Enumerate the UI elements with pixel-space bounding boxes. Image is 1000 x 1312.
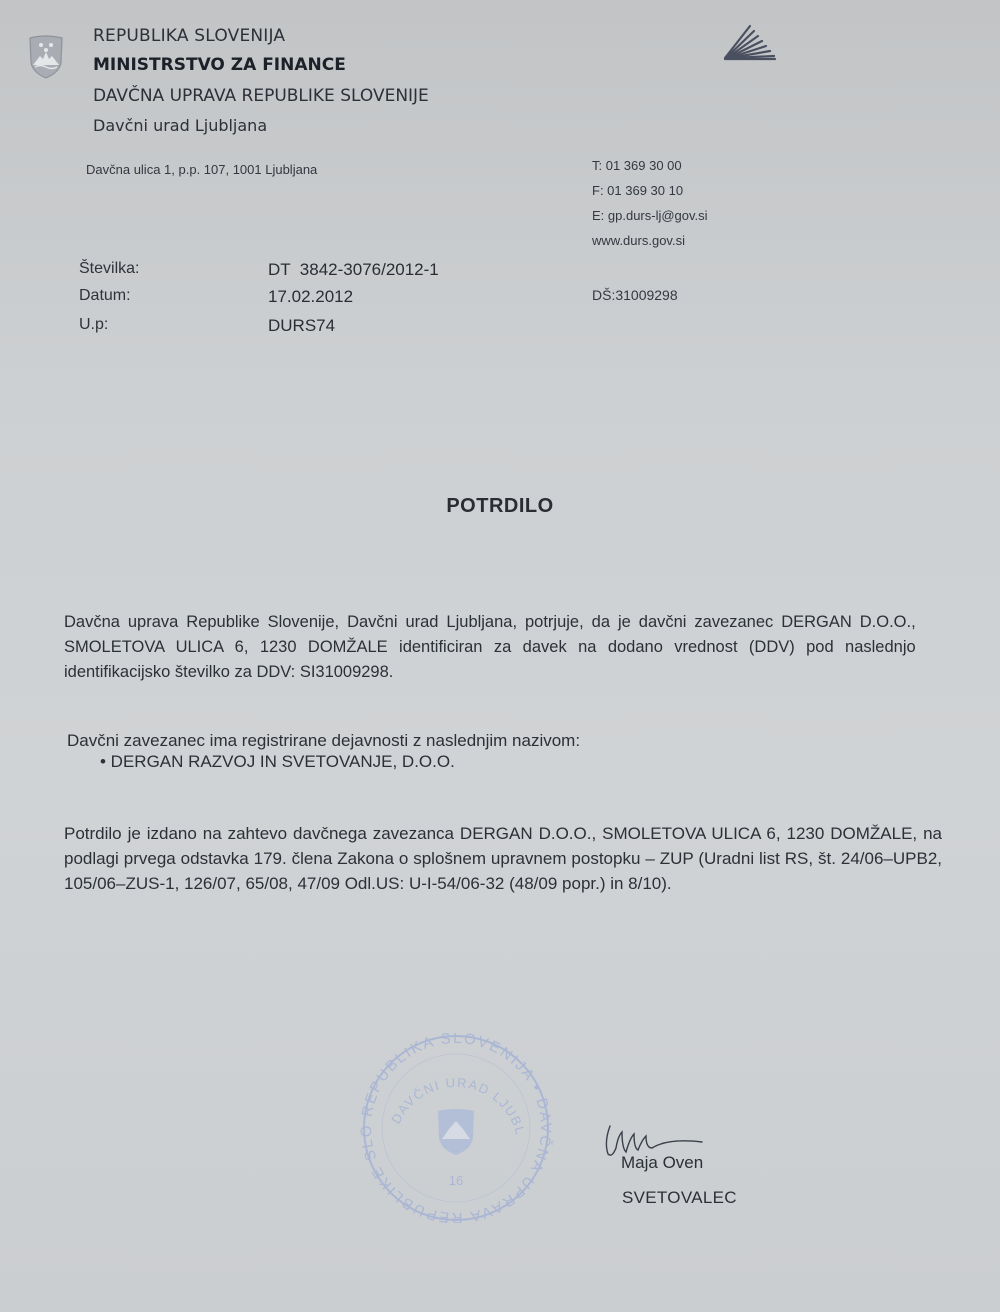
official-label: U.p: <box>79 316 108 334</box>
contact-email: E: gp.durs-lj@gov.si <box>592 208 708 223</box>
svg-text:16: 16 <box>449 1173 463 1188</box>
contact-website: www.durs.gov.si <box>592 233 685 248</box>
durs-logo-icon <box>722 22 778 62</box>
document-title: POTRDILO <box>0 495 1000 518</box>
coat-of-arms-icon <box>27 34 65 80</box>
reference-number-value: DT 3842-3076/2012-1 <box>268 260 439 280</box>
contact-fax: F: 01 369 30 10 <box>592 183 683 198</box>
legal-basis-paragraph: Potrdilo je izdano na zahtevo davčnega z… <box>64 821 942 896</box>
date-label: Datum: <box>79 287 131 305</box>
letterhead-tax-office: Davčni urad Ljubljana <box>93 116 267 135</box>
date-value: 17.02.2012 <box>268 287 353 307</box>
signatory-name: Maja Oven <box>621 1153 703 1173</box>
tax-number: DŠ:31009298 <box>592 287 678 303</box>
activities-intro: Davčni zavezanec ima registrirane dejavn… <box>67 731 580 751</box>
official-stamp-icon: REPUBLIKA SLOVENIJA • DAVČNA UPRAVA REPU… <box>345 1033 567 1223</box>
signatory-title: SVETOVALEC <box>622 1188 737 1208</box>
reference-number-label: Številka: <box>79 260 139 278</box>
letterhead-republic: REPUBLIKA SLOVENIJA <box>93 26 285 46</box>
confirmation-paragraph: Davčna uprava Republike Slovenije, Davčn… <box>64 609 916 684</box>
activity-list-item: • DERGAN RAZVOJ IN SVETOVANJE, D.O.O. <box>100 752 455 772</box>
official-value: DURS74 <box>268 316 335 336</box>
letterhead-ministry: MINISTRSTVO ZA FINANCE <box>93 55 346 75</box>
contact-phone: T: 01 369 30 00 <box>592 158 682 173</box>
letterhead-address: Davčna ulica 1, p.p. 107, 1001 Ljubljana <box>86 162 317 177</box>
letterhead-tax-administration: DAVČNA UPRAVA REPUBLIKE SLOVENIJE <box>93 86 429 106</box>
